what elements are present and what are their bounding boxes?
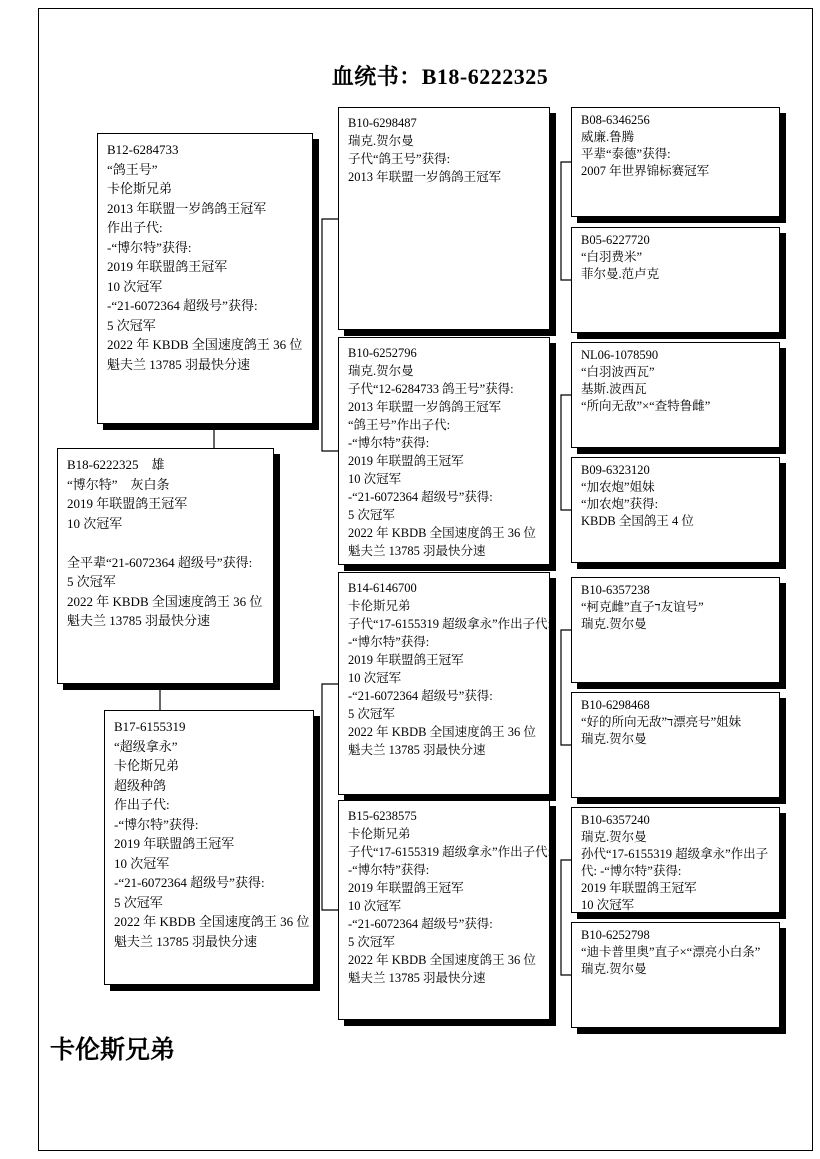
pedigree-box-b10-6252796: B10-6252796瑞克.贺尔曼子代“12-6284733 鸽王号”获得:20… bbox=[338, 337, 550, 565]
pedigree-text-line: 5 次冠军 bbox=[107, 316, 306, 336]
pedigree-text-line: 子代“17-6155319 超级拿永”作出子代: bbox=[348, 615, 543, 633]
pedigree-box-b15-6238575: B15-6238575卡伦斯兄弟子代“17-6155319 超级拿永”作出子代:… bbox=[338, 800, 550, 1020]
pedigree-text-line: 平辈“泰德”获得: bbox=[581, 146, 773, 163]
pedigree-text-line: -“21-6072364 超级号”获得: bbox=[114, 873, 307, 893]
pedigree-box-b18-6222325: B18-6222325 雄“博尔特” 灰白条2019 年联盟鸽王冠军10 次冠军… bbox=[57, 448, 274, 684]
pedigree-text-line: “鸽王号” bbox=[107, 160, 306, 180]
pedigree-text-line: 2019 年联盟鸽王冠军 bbox=[348, 452, 543, 470]
pedigree-text-line: 2022 年 KBDB 全国速度鸽王 36 位 bbox=[107, 335, 306, 355]
pedigree-box-b10-6357238: B10-6357238“柯克雌”直子ד友谊号”瑞克.贺尔曼 bbox=[571, 577, 780, 683]
pedigree-text-line: 2022 年 KBDB 全国速度鸽王 36 位 bbox=[114, 912, 307, 932]
pedigree-text-line: -“博尔特”获得: bbox=[348, 633, 543, 651]
pedigree-text-line: B10-6252796 bbox=[348, 344, 543, 362]
pedigree-text-line: “加农炮”获得: bbox=[581, 496, 773, 513]
breeder-name: 卡伦斯兄弟 bbox=[50, 1030, 175, 1066]
pedigree-text-line: “所向无敌”×“查特鲁雌” bbox=[581, 398, 773, 415]
pedigree-text-line: B08-6346256 bbox=[581, 112, 773, 129]
pedigree-text-line: 卡伦斯兄弟 bbox=[114, 756, 307, 776]
pedigree-text-line: B10-6298487 bbox=[348, 114, 543, 132]
pedigree-box-b10-6298468: B10-6298468“好的所向无敌”ד漂亮号”姐妹瑞克.贺尔曼 bbox=[571, 692, 780, 798]
pedigree-text-line: “超级拿永” bbox=[114, 737, 307, 757]
pedigree-text-line: 基斯.波西瓦 bbox=[581, 381, 773, 398]
pedigree-text-line: B18-6222325 雄 bbox=[67, 455, 267, 475]
pedigree-text-line: 2019 年联盟鸽王冠军 bbox=[348, 651, 543, 669]
pedigree-text-line: 瑞克.贺尔曼 bbox=[581, 731, 773, 748]
pedigree-box-b12-6284733: B12-6284733“鸽王号”卡伦斯兄弟2013 年联盟一岁鸽鸽王冠军作出子代… bbox=[97, 133, 313, 424]
pedigree-text-line: 子代“17-6155319 超级拿永”作出子代: bbox=[348, 843, 543, 861]
pedigree-text-line: 2022 年 KBDB 全国速度鸽王 36 位 bbox=[348, 951, 543, 969]
pedigree-text-line: 10 次冠军 bbox=[348, 669, 543, 687]
pedigree-text-line: 魁夫兰 13785 羽最快分速 bbox=[67, 611, 267, 631]
pedigree-text-line: “鸽王号”作出子代: bbox=[348, 416, 543, 434]
pedigree-text-line: 瑞克.贺尔曼 bbox=[581, 616, 773, 633]
pedigree-text-line: 2013 年联盟一岁鸽鸽王冠军 bbox=[107, 199, 306, 219]
pedigree-text-line: 作出子代: bbox=[114, 795, 307, 815]
pedigree-text-line: B10-6357238 bbox=[581, 582, 773, 599]
pedigree-text-line: “白羽波西瓦” bbox=[581, 364, 773, 381]
pedigree-text-line: 10 次冠军 bbox=[581, 897, 773, 913]
pedigree-text-line: 魁夫兰 13785 羽最快分速 bbox=[114, 932, 307, 952]
pedigree-text-line: 10 次冠军 bbox=[107, 277, 306, 297]
pedigree-text-line: 瑞克.贺尔曼 bbox=[348, 132, 543, 150]
pedigree-text-line: 2019 年联盟鸽王冠军 bbox=[581, 880, 773, 897]
pedigree-box-b14-6146700: B14-6146700卡伦斯兄弟子代“17-6155319 超级拿永”作出子代:… bbox=[338, 572, 550, 795]
pedigree-box-b09-6323120: B09-6323120“加农炮”姐妹“加农炮”获得:KBDB 全国鸽王 4 位 bbox=[571, 457, 780, 563]
pedigree-text-line: 孙代“17-6155319 超级拿永”作出子 bbox=[581, 846, 773, 863]
pedigree-text-line: KBDB 全国鸽王 4 位 bbox=[581, 513, 773, 530]
pedigree-text-line: 瑞克.贺尔曼 bbox=[581, 961, 773, 978]
pedigree-text-line: 5 次冠军 bbox=[114, 893, 307, 913]
pedigree-text-line: -“博尔特”获得: bbox=[348, 434, 543, 452]
pedigree-text-line: -“21-6072364 超级号”获得: bbox=[348, 488, 543, 506]
pedigree-text-line: 卡伦斯兄弟 bbox=[348, 825, 543, 843]
pedigree-text-line: 魁夫兰 13785 羽最快分速 bbox=[348, 969, 543, 987]
pedigree-text-line: 2007 年世界锦标赛冠军 bbox=[581, 163, 773, 180]
pedigree-text-line: 作出子代: bbox=[107, 218, 306, 238]
pedigree-text-line: 10 次冠军 bbox=[348, 897, 543, 915]
pedigree-text-line: -“博尔特”获得: bbox=[348, 861, 543, 879]
pedigree-box-b10-6357240: B10-6357240瑞克.贺尔曼孙代“17-6155319 超级拿永”作出子代… bbox=[571, 807, 780, 913]
pedigree-box-b10-6298487: B10-6298487瑞克.贺尔曼子代“鸽王号”获得:2013 年联盟一岁鸽鸽王… bbox=[338, 107, 550, 330]
pedigree-text-line: B12-6284733 bbox=[107, 140, 306, 160]
pedigree-box-b05-6227720: B05-6227720“白羽费米”菲尔曼.范卢克 bbox=[571, 227, 780, 333]
pedigree-page: 血统书：B18-6222325 B12-6284733“鸽王号”卡伦斯兄弟201… bbox=[0, 0, 820, 1159]
pedigree-box-b17-6155319: B17-6155319“超级拿永”卡伦斯兄弟超级种鸽作出子代:-“博尔特”获得:… bbox=[104, 710, 314, 985]
pedigree-text-line: 10 次冠军 bbox=[114, 854, 307, 874]
pedigree-text-line: “好的所向无敌”ד漂亮号”姐妹 bbox=[581, 714, 773, 731]
pedigree-text-line: 10 次冠军 bbox=[67, 514, 267, 534]
page-title: 血统书：B18-6222325 bbox=[60, 60, 820, 91]
pedigree-text-line: B14-6146700 bbox=[348, 579, 543, 597]
pedigree-text-line: -“21-6072364 超级号”获得: bbox=[107, 296, 306, 316]
pedigree-text-line: 卡伦斯兄弟 bbox=[348, 597, 543, 615]
pedigree-text-line: 魁夫兰 13785 羽最快分速 bbox=[348, 741, 543, 759]
pedigree-text-line: “柯克雌”直子ד友谊号” bbox=[581, 599, 773, 616]
pedigree-box-b10-6252798: B10-6252798“迪卡普里奥”直子×“漂亮小白条”瑞克.贺尔曼 bbox=[571, 922, 780, 1028]
pedigree-text-line: B09-6323120 bbox=[581, 462, 773, 479]
pedigree-text-line: 2019 年联盟鸽王冠军 bbox=[107, 257, 306, 277]
pedigree-text-line: 2013 年联盟一岁鸽鸽王冠军 bbox=[348, 398, 543, 416]
pedigree-text-line: 5 次冠军 bbox=[348, 506, 543, 524]
pedigree-text-line: 5 次冠军 bbox=[67, 572, 267, 592]
pedigree-text-line: B10-6357240 bbox=[581, 812, 773, 829]
pedigree-text-line: “加农炮”姐妹 bbox=[581, 479, 773, 496]
pedigree-text-line: “白羽费米” bbox=[581, 249, 773, 266]
pedigree-text-line: 2013 年联盟一岁鸽鸽王冠军 bbox=[348, 168, 543, 186]
pedigree-text-line: 全平辈“21-6072364 超级号”获得: bbox=[67, 553, 267, 573]
pedigree-text-line: 2022 年 KBDB 全国速度鸽王 36 位 bbox=[348, 723, 543, 741]
pedigree-text-line: 魁夫兰 13785 羽最快分速 bbox=[107, 355, 306, 375]
pedigree-text-line: “博尔特” 灰白条 bbox=[67, 475, 267, 495]
pedigree-text-line: 卡伦斯兄弟 bbox=[107, 179, 306, 199]
pedigree-text-line: 魁夫兰 13785 羽最快分速 bbox=[348, 542, 543, 560]
pedigree-text-line: 2022 年 KBDB 全国速度鸽王 36 位 bbox=[348, 524, 543, 542]
pedigree-text-line: B05-6227720 bbox=[581, 232, 773, 249]
pedigree-text-line: 瑞克.贺尔曼 bbox=[348, 362, 543, 380]
pedigree-text-line: B15-6238575 bbox=[348, 807, 543, 825]
pedigree-box-b08-6346256: B08-6346256威廉.鲁腾平辈“泰德”获得:2007 年世界锦标赛冠军 bbox=[571, 107, 780, 217]
pedigree-text-line: 威廉.鲁腾 bbox=[581, 129, 773, 146]
pedigree-text-line: 5 次冠军 bbox=[348, 705, 543, 723]
pedigree-text-line: 10 次冠军 bbox=[348, 470, 543, 488]
pedigree-text-line: B10-6252798 bbox=[581, 927, 773, 944]
pedigree-text-line: 代: -“博尔特”获得: bbox=[581, 863, 773, 880]
pedigree-text-line: -“博尔特”获得: bbox=[114, 815, 307, 835]
pedigree-text-line: 5 次冠军 bbox=[348, 933, 543, 951]
pedigree-text-line: B17-6155319 bbox=[114, 717, 307, 737]
pedigree-text-line: 2019 年联盟鸽王冠军 bbox=[348, 879, 543, 897]
pedigree-text-line: 超级种鸽 bbox=[114, 776, 307, 796]
pedigree-text-line: 2022 年 KBDB 全国速度鸽王 36 位 bbox=[67, 592, 267, 612]
pedigree-text-line bbox=[67, 533, 267, 553]
pedigree-text-line: -“21-6072364 超级号”获得: bbox=[348, 687, 543, 705]
pedigree-text-line: B10-6298468 bbox=[581, 697, 773, 714]
pedigree-text-line: 瑞克.贺尔曼 bbox=[581, 829, 773, 846]
pedigree-box-nl06-1078590: NL06-1078590“白羽波西瓦”基斯.波西瓦“所向无敌”×“查特鲁雌” bbox=[571, 342, 780, 448]
pedigree-text-line: NL06-1078590 bbox=[581, 347, 773, 364]
pedigree-text-line: -“21-6072364 超级号”获得: bbox=[348, 915, 543, 933]
pedigree-text-line: 子代“鸽王号”获得: bbox=[348, 150, 543, 168]
pedigree-text-line: 子代“12-6284733 鸽王号”获得: bbox=[348, 380, 543, 398]
pedigree-text-line: -“博尔特”获得: bbox=[107, 238, 306, 258]
pedigree-text-line: 菲尔曼.范卢克 bbox=[581, 266, 773, 283]
pedigree-text-line: 2019 年联盟鸽王冠军 bbox=[114, 834, 307, 854]
pedigree-text-line: “迪卡普里奥”直子×“漂亮小白条” bbox=[581, 944, 773, 961]
pedigree-text-line: 2019 年联盟鸽王冠军 bbox=[67, 494, 267, 514]
